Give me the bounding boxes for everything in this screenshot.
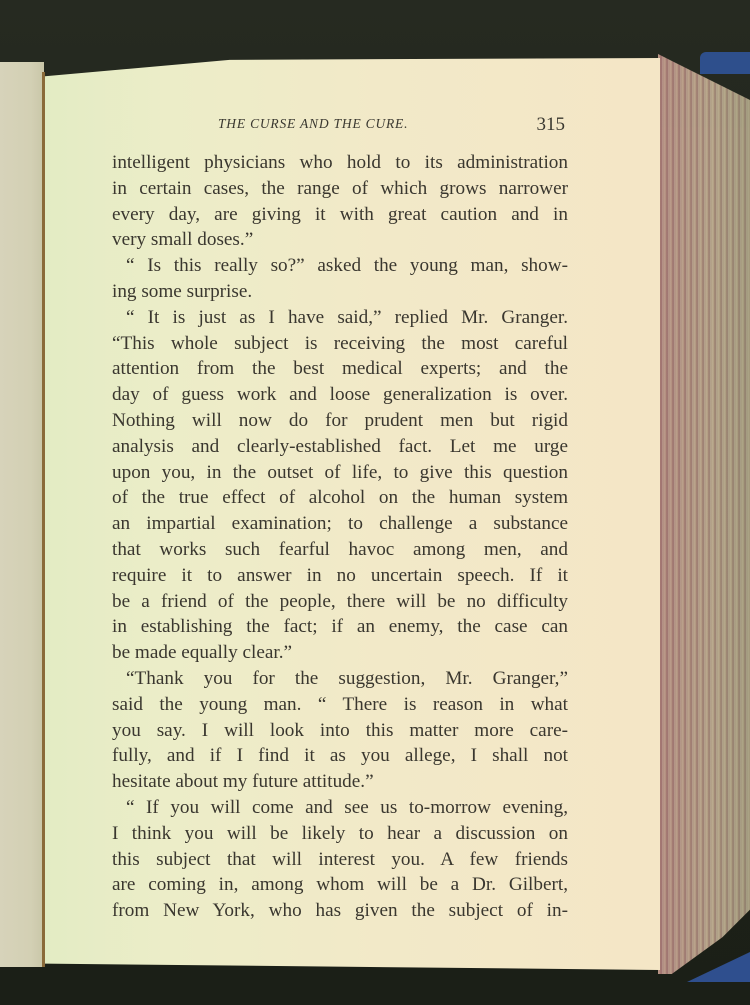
book-cover-top: [700, 52, 750, 74]
text-line: I think you will be likely to hear a dis…: [112, 821, 568, 847]
text-line: this subject that will interest you. A f…: [112, 847, 568, 873]
text-line: from New York, who has given the subject…: [112, 898, 568, 924]
text-line: “This whole subject is receiving the mos…: [112, 331, 568, 357]
text-line: hesitate about my future attitude.”: [112, 769, 568, 795]
text-line: an impartial examination; to challenge a…: [112, 511, 568, 537]
text-line: every day, are giving it with great caut…: [112, 202, 568, 228]
text-line: require it to answer in no uncertain spe…: [112, 563, 568, 589]
text-line: “Thank you for the suggestion, Mr. Grang…: [112, 666, 568, 692]
text-line: “ If you will come and see us to-morrow …: [112, 795, 568, 821]
gutter: [42, 72, 45, 967]
text-line: that works such fearful havoc among men,…: [112, 537, 568, 563]
text-line: are coming in, among whom will be a Dr. …: [112, 872, 568, 898]
text-line: “ Is this really so?” asked the young ma…: [112, 253, 568, 279]
text-line: you say. I will look into this matter mo…: [112, 718, 568, 744]
left-page-edge: [0, 62, 44, 967]
text-line: ing some surprise.: [112, 279, 568, 305]
text-line: Nothing will now do for prudent men but …: [112, 408, 568, 434]
text-line: in establishing the fact; if an enemy, t…: [112, 614, 568, 640]
running-head: THE CURSE AND THE CURE. 315: [100, 114, 565, 138]
page-number: 315: [537, 114, 566, 136]
text-line: attention from the best medical experts;…: [112, 356, 568, 382]
text-line: in certain cases, the range of which gro…: [112, 176, 568, 202]
running-title: THE CURSE AND THE CURE.: [218, 116, 408, 132]
body-text: intelligent physicians who hold to its a…: [112, 150, 568, 924]
text-line: be made equally clear.”: [112, 640, 568, 666]
text-line: analysis and clearly-established fact. L…: [112, 434, 568, 460]
text-line: very small doses.”: [112, 227, 568, 253]
text-line: “ It is just as I have said,” replied Mr…: [112, 305, 568, 331]
text-line: day of guess work and loose generalizati…: [112, 382, 568, 408]
text-line: said the young man. “ There is reason in…: [112, 692, 568, 718]
text-line: intelligent physicians who hold to its a…: [112, 150, 568, 176]
text-line: upon you, in the outset of life, to give…: [112, 460, 568, 486]
text-line: fully, and if I find it as you allege, I…: [112, 743, 568, 769]
text-line: be a friend of the people, there will be…: [112, 589, 568, 615]
text-line: of the true effect of alcohol on the hum…: [112, 485, 568, 511]
page-block-edges: [658, 54, 750, 974]
